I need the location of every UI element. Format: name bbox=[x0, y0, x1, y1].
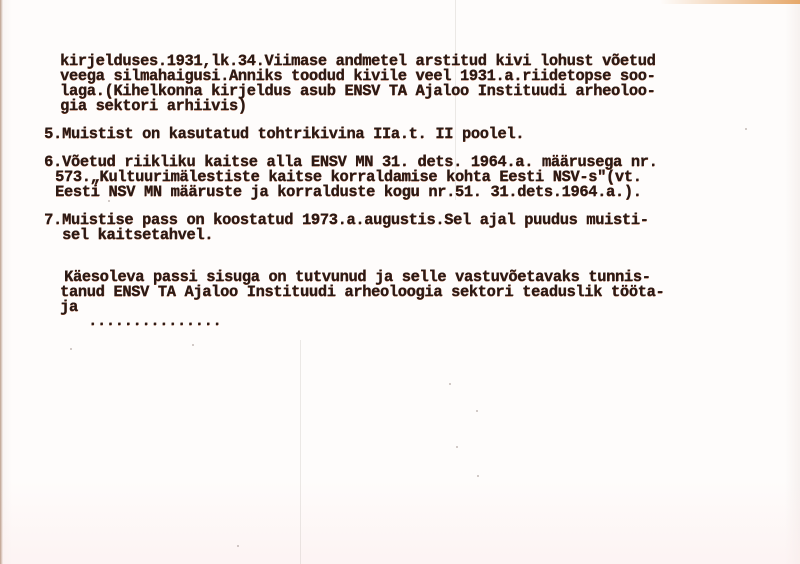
dust-speck bbox=[449, 383, 451, 385]
item-line: sel kaitsetahvel. bbox=[62, 228, 213, 243]
signature-line: ............... bbox=[88, 314, 221, 329]
dust-speck bbox=[192, 344, 194, 346]
certification-line: tanud ENSV TA Ajaloo Instituudi arheoloo… bbox=[60, 285, 664, 300]
item-line: Eesti NSV MN määruste ja korralduste kog… bbox=[55, 185, 641, 200]
dust-speck bbox=[237, 545, 239, 547]
scan-left-edge bbox=[0, 0, 3, 564]
scan-edge-tint bbox=[660, 0, 800, 4]
paragraph-line: gia sektori arhiivis) bbox=[60, 99, 247, 114]
dust-speck bbox=[745, 128, 747, 130]
item-number: 7. bbox=[44, 213, 62, 228]
dust-speck bbox=[456, 446, 458, 448]
certification-line: ja bbox=[60, 300, 78, 315]
item-number: 5. bbox=[44, 127, 62, 142]
dust-speck bbox=[476, 410, 478, 412]
dust-speck bbox=[477, 475, 479, 477]
dust-speck bbox=[70, 348, 72, 350]
item-line: Muistist on kasutatud tohtrikivina IIa.t… bbox=[62, 127, 524, 142]
film-scratch bbox=[300, 340, 301, 564]
scanned-document-page: kirjelduses.1931,lk.34.Viimase andmetel … bbox=[0, 0, 800, 564]
